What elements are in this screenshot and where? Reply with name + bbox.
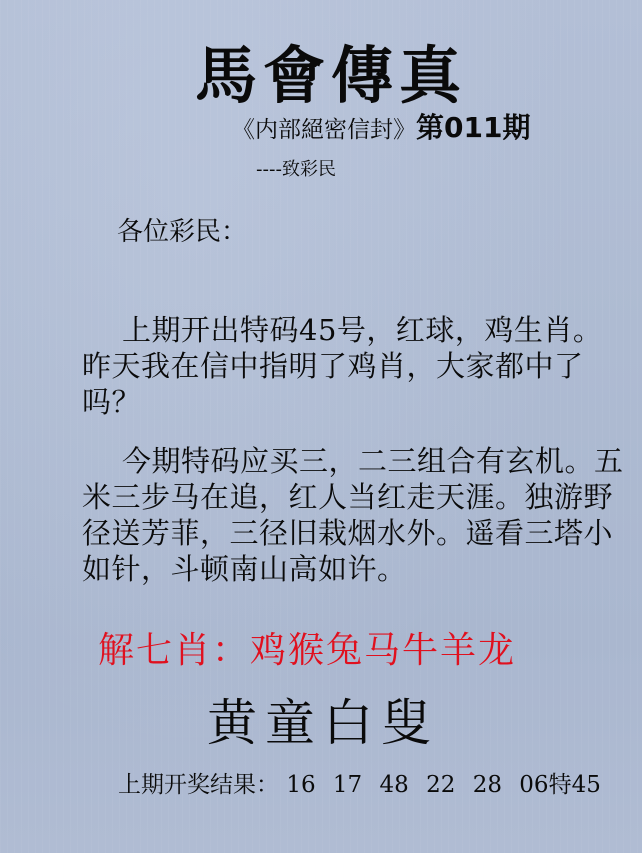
greeting: 各位彩民： [117, 211, 247, 248]
issue-subtitle: 《内部絕密信封》第011期 [232, 106, 530, 146]
paragraph-2-text: 今期特码应买三，二三组合有玄机。五米三步马在追，红人当红走天涯。独游野径送芳菲，… [82, 444, 624, 586]
paragraph-1-text: 上期开出特码45号，红球，鸡生肖。昨天我在信中指明了鸡肖，大家都中了吗？ [82, 313, 602, 419]
special-number: 45 [572, 772, 601, 798]
paragraph-previous-result: 上期开出特码45号，红球，鸡生肖。昨天我在信中指明了鸡肖，大家都中了吗？ [82, 312, 627, 420]
results-label: 上期开奖结果： [118, 772, 279, 798]
subtitle-prefix: 《内部絕密信封》 [232, 117, 416, 143]
previous-draw-results: 上期开奖结果： 16 17 48 22 28 06特45 [118, 766, 601, 799]
special-label: 特 [549, 772, 572, 798]
seven-zodiac-hint: 解七肖：鸡猴兔马牛羊龙 [98, 622, 516, 673]
page-title: 馬會傳真 [0, 26, 642, 115]
issue-number: 第011期 [416, 111, 530, 144]
paragraph-current-hint: 今期特码应买三，二三组合有玄机。五米三步马在追，红人当红走天涯。独游野径送芳菲，… [82, 443, 627, 587]
result-number: 48 [380, 772, 409, 798]
signature: 黄童白叟 [0, 683, 642, 755]
result-number: 16 [286, 772, 315, 798]
signoff-line: ----致彩民 [256, 155, 336, 181]
result-number: 22 [426, 772, 455, 798]
result-number: 06 [519, 772, 548, 798]
result-number: 28 [473, 772, 502, 798]
result-number: 17 [333, 772, 362, 798]
